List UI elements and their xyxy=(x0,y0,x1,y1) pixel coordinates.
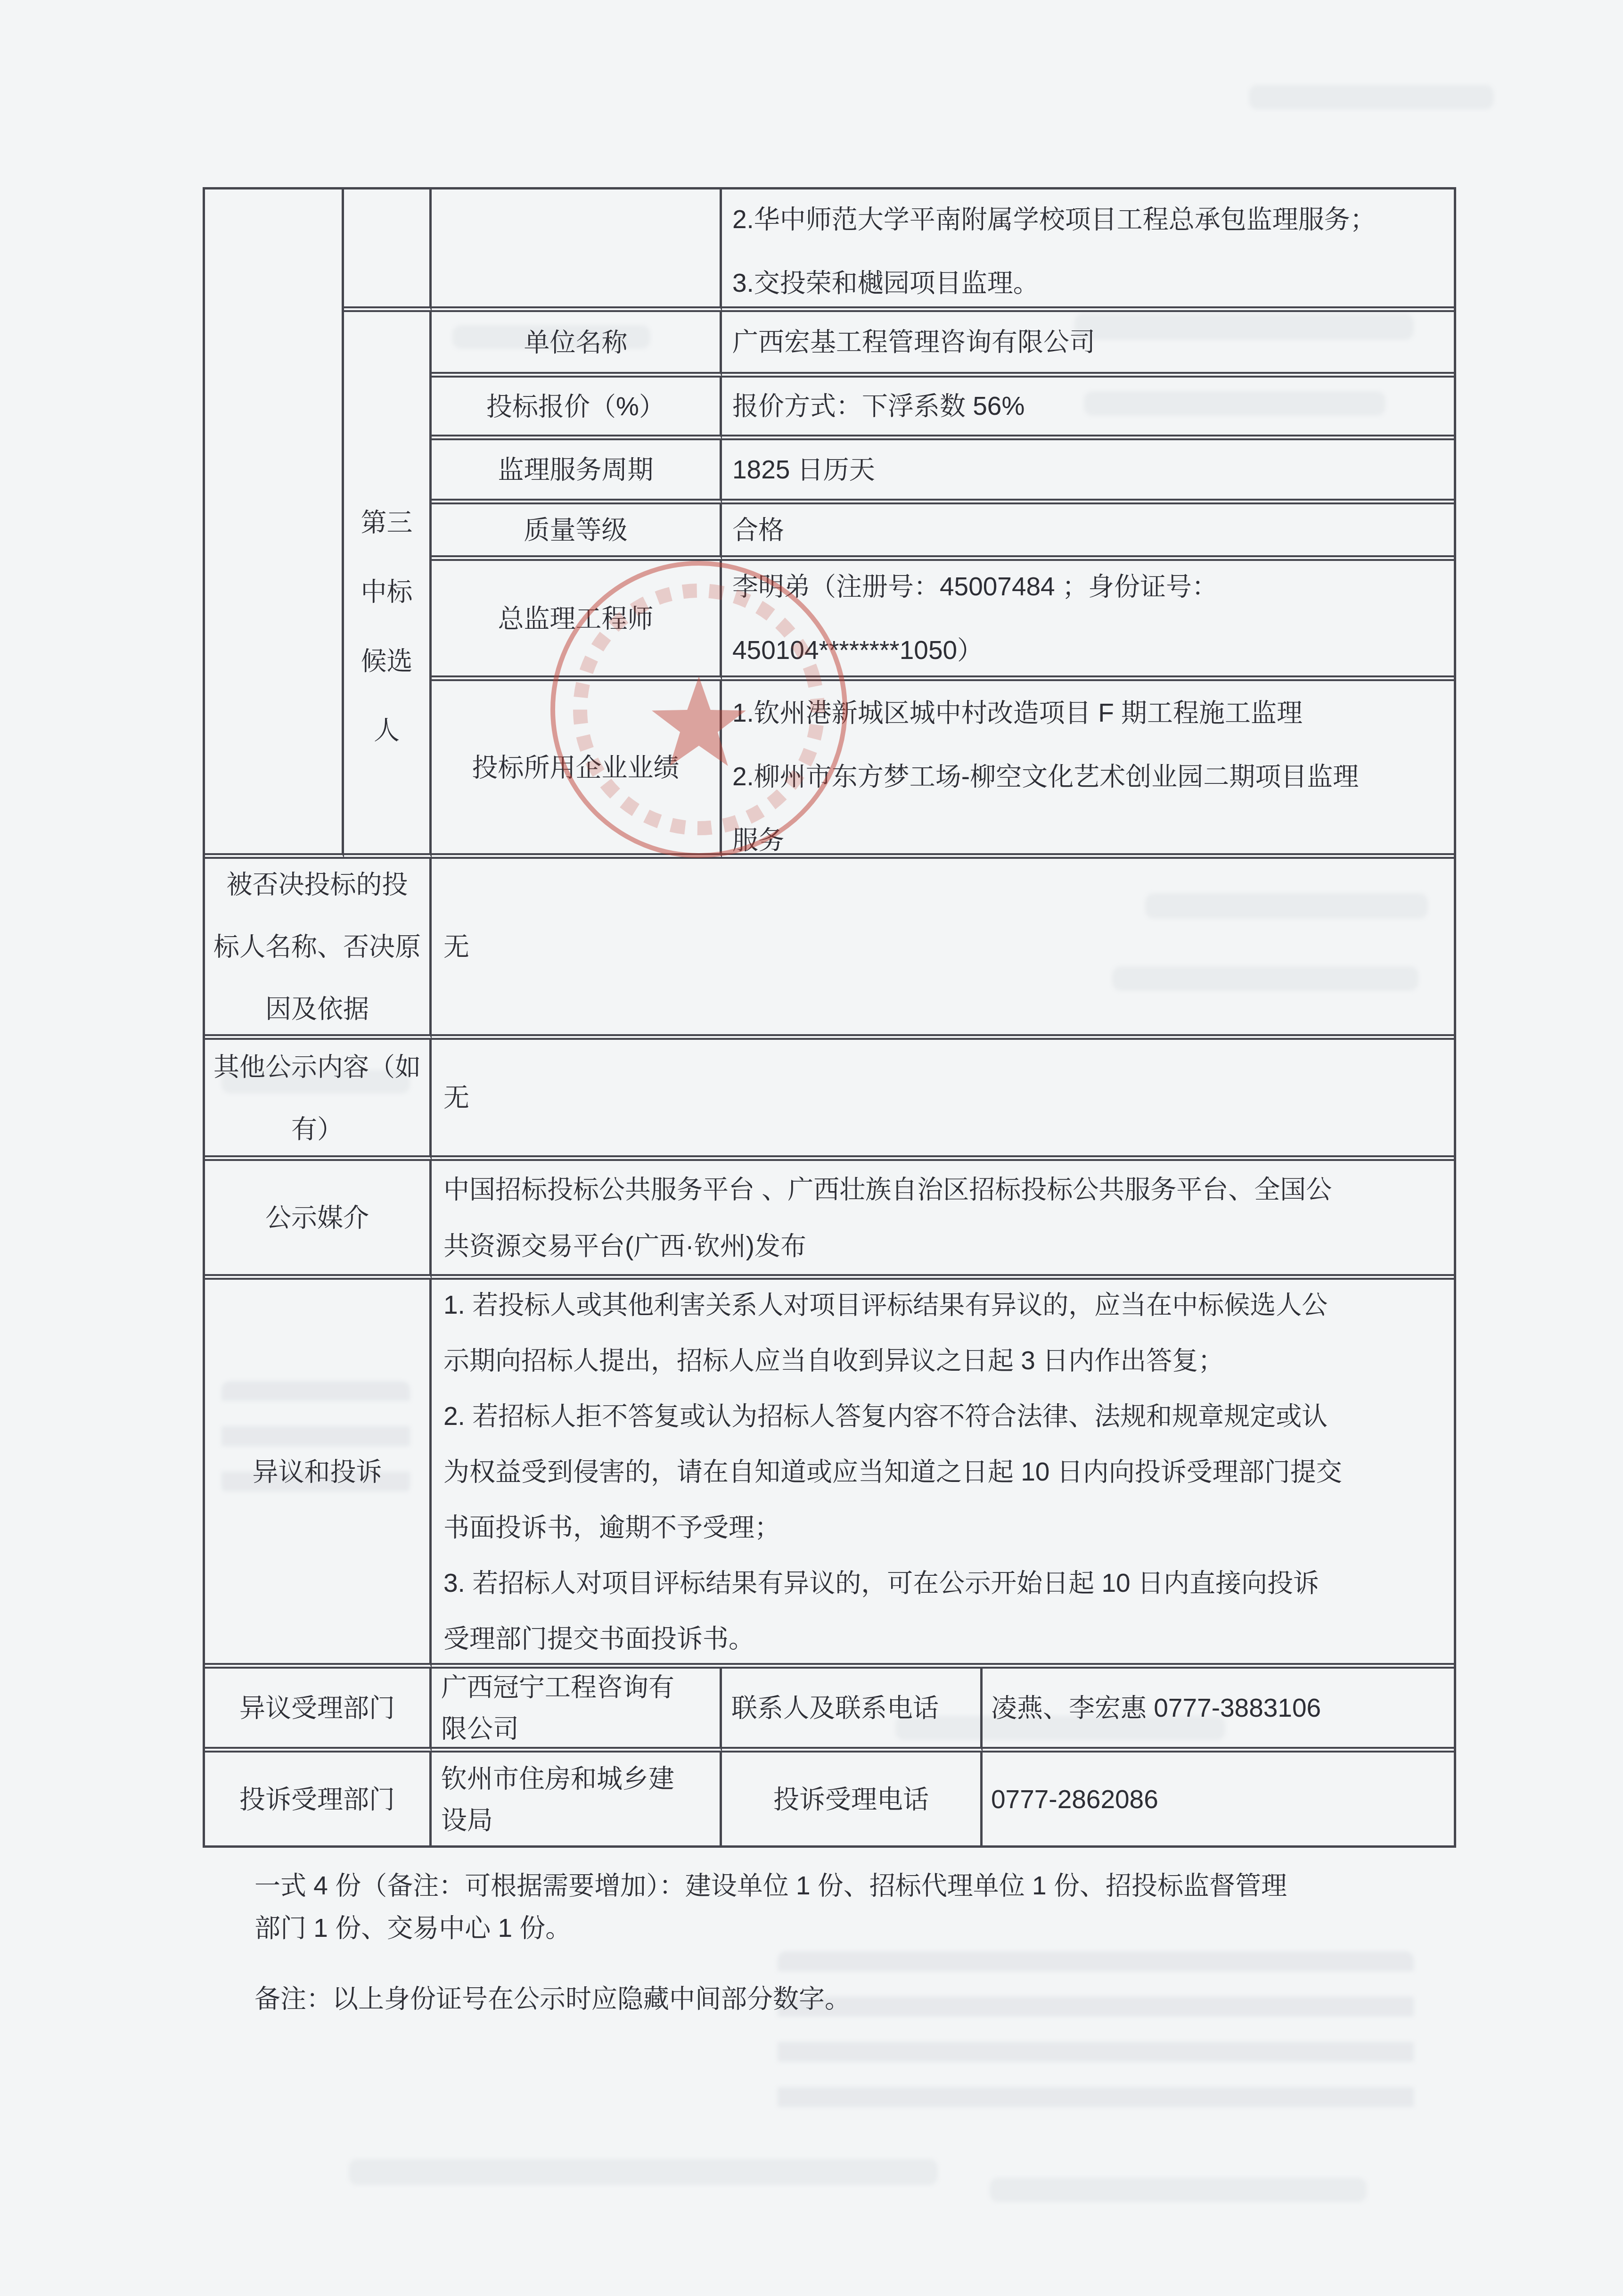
publicity-media-label: 公示媒介 xyxy=(205,1161,432,1280)
rejected-bidders-label: 被否决投标的投 标人名称、否决原 因及依据 xyxy=(205,859,432,1040)
scanned-bid-result-document: 2.华中师范大学平南附属学校项目工程总承包监理服务； 3.交投荣和樾园项目监理。… xyxy=(0,0,1623,2296)
left-empty-column-cell xyxy=(205,189,344,859)
third-candidate-group-label: 第三 中标 候选 人 xyxy=(344,312,432,859)
seal-star-icon xyxy=(652,676,746,766)
empty-cell xyxy=(344,189,432,312)
label-bid-price: 投标报价（%） xyxy=(432,378,722,440)
copies-note: 一式 4 份（备注：可根据需要增加）：建设单位 1 份、招标代理单位 1 份、招… xyxy=(254,1864,1442,1949)
bleed-through-artifact xyxy=(349,2159,938,2185)
bleed-through-artifact xyxy=(990,2178,1367,2202)
complaint-contact-label: 投诉受理电话 xyxy=(722,1753,983,1845)
empty-cell xyxy=(432,189,722,312)
bid-candidate-publicity-table: 2.华中师范大学平南附属学校项目工程总承包监理服务； 3.交投荣和樾园项目监理。… xyxy=(203,187,1456,1848)
remark-note: 备注：以上身份证号在公示时应隐藏中间部分数字。 xyxy=(254,1983,1385,2014)
complaint-contact-value: 0777-2862086 xyxy=(983,1753,1454,1845)
objection-department-org: 广西冠宁工程咨询有 限公司 xyxy=(432,1669,722,1753)
label-service-period: 监理服务周期 xyxy=(432,440,722,504)
other-publicity-label: 其他公示内容（如 有） xyxy=(205,1040,432,1161)
label-unit-name: 单位名称 xyxy=(432,312,722,378)
other-publicity-value: 无 xyxy=(432,1040,1454,1161)
dispute-complaint-value: 1. 若投标人或其他利害关系人对项目评标结果有异议的，应当在中标候选人公 示期向… xyxy=(432,1280,1454,1669)
bleed-through-artifact xyxy=(1249,85,1494,109)
value-bid-price: 报价方式：下浮系数 56% xyxy=(722,378,1454,440)
complaint-department-org: 钦州市住房和城乡建 设局 xyxy=(432,1753,722,1845)
complaint-department-label: 投诉受理部门 xyxy=(205,1753,432,1845)
objection-contact-label: 联系人及联系电话 xyxy=(722,1669,983,1753)
prev-candidate-achievements-cell: 2.华中师范大学平南附属学校项目工程总承包监理服务； 3.交投荣和樾园项目监理。 xyxy=(722,189,1454,312)
rejected-bidders-value: 无 xyxy=(432,859,1454,1040)
value-service-period: 1825 日历天 xyxy=(722,440,1454,504)
value-unit-name: 广西宏基工程管理咨询有限公司 xyxy=(722,312,1454,378)
publicity-media-value: 中国招标投标公共服务平台 、广西壮族自治区招标投标公共服务平台、全国公 共资源交… xyxy=(432,1161,1454,1280)
bleed-through-artifact xyxy=(778,1951,1414,2131)
objection-contact-value: 凌燕、李宏惠 0777-3883106 xyxy=(983,1669,1454,1753)
dispute-complaint-label: 异议和投诉 xyxy=(205,1280,432,1669)
objection-department-label: 异议受理部门 xyxy=(205,1669,432,1753)
red-round-seal xyxy=(542,552,856,866)
